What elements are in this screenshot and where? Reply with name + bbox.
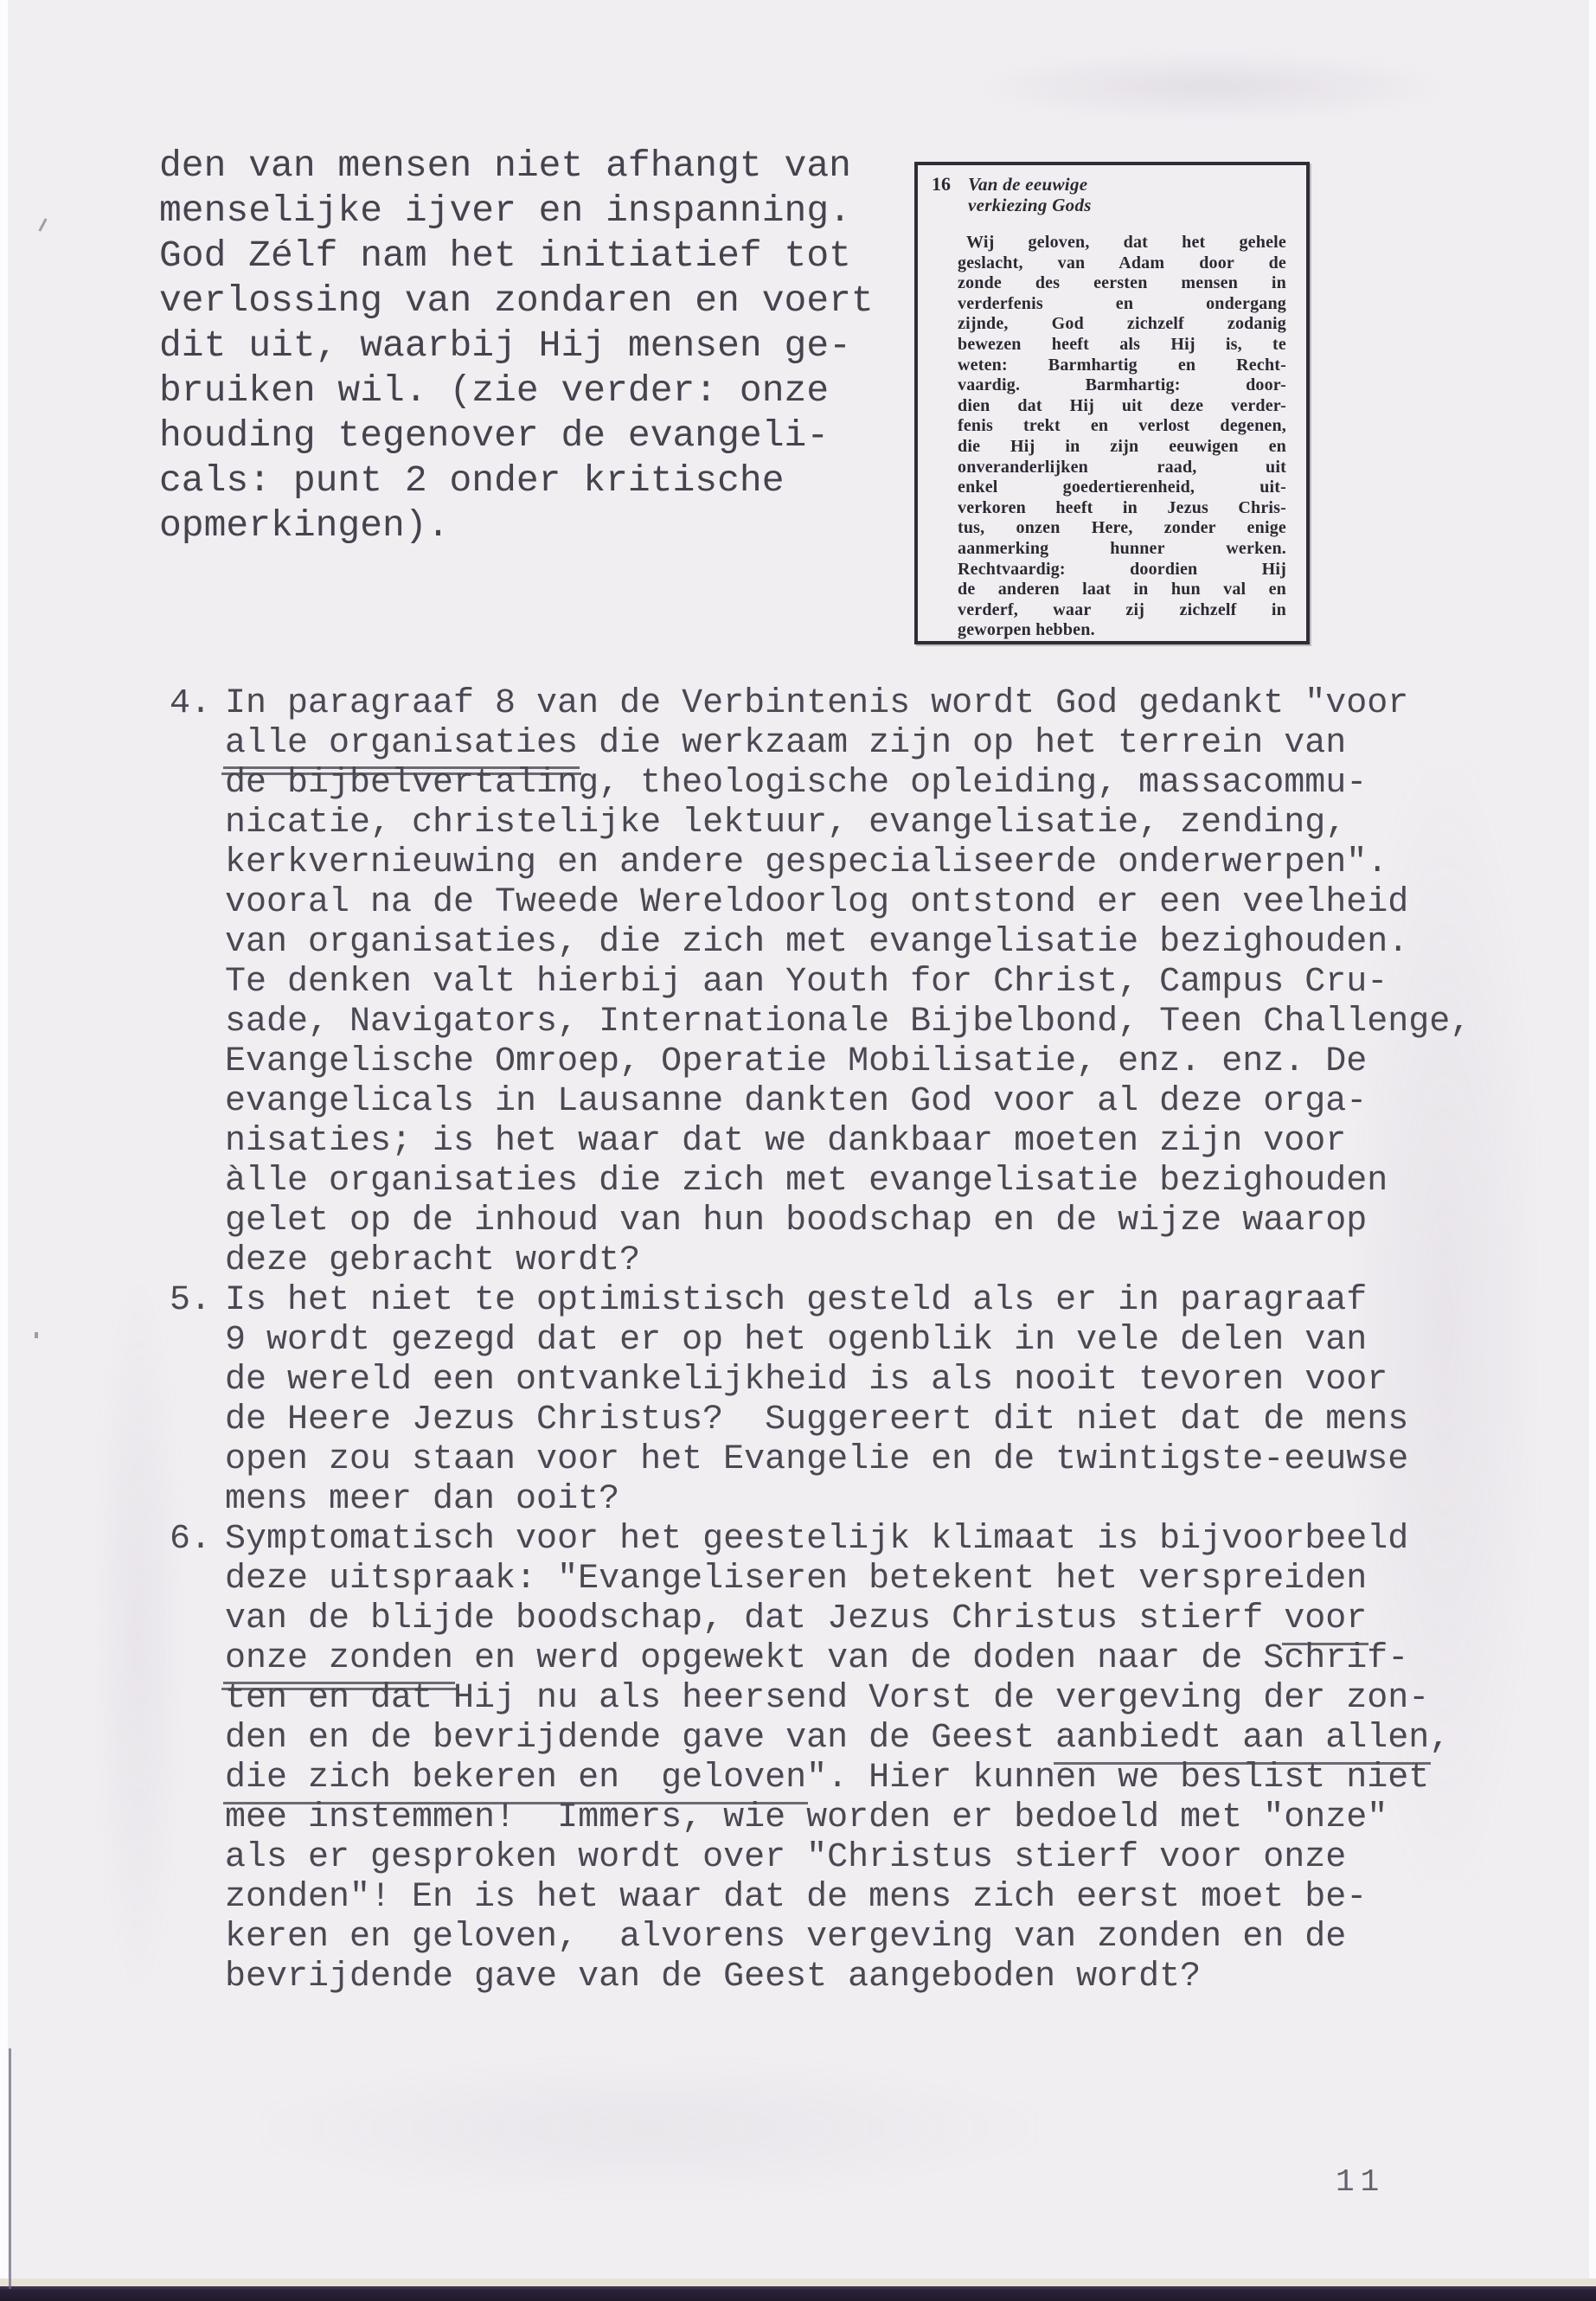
bleedthrough-smudge bbox=[260, 2059, 1038, 2197]
text-line: enkel goedertierenheid, uit- bbox=[958, 478, 1286, 498]
scan-edge-left bbox=[0, 0, 8, 2301]
scanned-document-page: den van mensen niet afhangt van menselij… bbox=[0, 0, 1596, 2301]
underlined-text: die zich bekeren en geloven bbox=[225, 1759, 806, 1798]
bleedthrough-smudge bbox=[95, 1280, 182, 1990]
text-line: evangelicals in Lausanne dankten God voo… bbox=[225, 1082, 1471, 1122]
text-line: Symptomatisch voor het geestelijk klimaa… bbox=[225, 1520, 1471, 1560]
text-line: kerkvernieuwing en andere gespecialiseer… bbox=[225, 843, 1471, 883]
text-line: Is het niet te optimistisch gesteld als … bbox=[225, 1281, 1471, 1321]
paragraph-continuation: den van mensen niet afhangt van menselij… bbox=[159, 144, 874, 548]
scan-speck bbox=[35, 1332, 38, 1338]
clipping-body: Wij geloven, dat het gehele geslacht, va… bbox=[958, 233, 1286, 641]
scan-speck bbox=[38, 218, 47, 232]
text-line: bruiken wil. (zie verder: onze bbox=[159, 369, 874, 413]
text-line: verkoren heeft in Jezus Chris- bbox=[958, 498, 1286, 519]
text-line: de bijbelvertaling, theologische opleidi… bbox=[225, 764, 1471, 804]
text-line: keren en geloven, alvorens vergeving van… bbox=[225, 1918, 1471, 1958]
text-line: verderfenis en ondergang bbox=[958, 294, 1286, 315]
text-line: fenis trekt en verlost degenen, bbox=[958, 416, 1286, 437]
text-line: van de blijde boodschap, dat Jezus Chris… bbox=[225, 1599, 1471, 1639]
text-line: deze uitspraak: "Evangeliseren betekent … bbox=[225, 1560, 1471, 1599]
underlined-text: alle organisaties bbox=[225, 724, 578, 763]
text-line: zonde des eersten mensen in bbox=[958, 273, 1286, 294]
text-line: ten en dat Hij nu als heersend Vorst de … bbox=[225, 1679, 1471, 1719]
text-line: bewezen heeft als Hij is, te bbox=[958, 335, 1286, 356]
text-segment: den en de bevrijdende gave van de Geest bbox=[225, 1719, 1055, 1758]
scan-edge-bottom-dark bbox=[0, 2286, 1596, 2301]
text-line: houding tegenover de evangeli- bbox=[159, 413, 874, 458]
text-line: geslacht, van Adam door de bbox=[958, 253, 1286, 274]
text-line: cals: punt 2 onder kritische bbox=[159, 458, 874, 503]
text-line: zonden"! En is het waar dat de mens zich… bbox=[225, 1878, 1471, 1918]
text-segment: , bbox=[1429, 1719, 1450, 1758]
text-line: Te denken valt hierbij aan Youth for Chr… bbox=[225, 963, 1471, 1003]
text-line: geworpen hebben. bbox=[958, 620, 1286, 641]
text-line: In paragraaf 8 van de Verbintenis wordt … bbox=[225, 684, 1471, 724]
text-line: tus, onzen Here, zonder enige bbox=[958, 518, 1286, 539]
text-line: aanmerking hunner werken. bbox=[958, 539, 1286, 560]
clipping-article-number: 16 bbox=[932, 174, 968, 195]
scan-edge-right bbox=[1589, 0, 1596, 2301]
list-item-4: 4. In paragraaf 8 van de Verbintenis wor… bbox=[225, 684, 1471, 1281]
text-line: nisaties; is het waar dat we dankbaar mo… bbox=[225, 1122, 1471, 1162]
underlined-text: onze zonden bbox=[225, 1639, 453, 1678]
text-line: menselijke ijver en inspanning. bbox=[159, 189, 874, 234]
catechism-clipping-box: 16 Van de eeuwige verkiezing Gods Wij ge… bbox=[914, 162, 1310, 644]
text-line: verkiezing Gods bbox=[968, 195, 1092, 215]
text-line: deze gebracht wordt? bbox=[225, 1241, 1471, 1281]
text-line: open zou staan voor het Evangelie en de … bbox=[225, 1440, 1471, 1480]
text-line: die Hij in zijn eeuwigen en bbox=[958, 437, 1286, 458]
text-line: weten: Barmhartig en Recht- bbox=[958, 356, 1286, 376]
text-line: Wij geloven, dat het gehele bbox=[958, 233, 1286, 253]
text-line: sade, Navigators, Internationale Bijbelb… bbox=[225, 1003, 1471, 1042]
underlined-text: voor bbox=[1284, 1599, 1367, 1638]
text-line: als er gesproken wordt over "Christus st… bbox=[225, 1838, 1471, 1878]
scan-edge-bottom-light bbox=[0, 2279, 1596, 2286]
text-line: gelet op de inhoud van hun boodschap en … bbox=[225, 1202, 1471, 1241]
text-line: zijnde, God zichzelf zodanig bbox=[958, 314, 1286, 335]
text-line: verderf, waar zij zichzelf in bbox=[958, 600, 1286, 621]
text-line: dit uit, waarbij Hij mensen ge- bbox=[159, 324, 874, 369]
text-line: verlossing van zondaren en voert bbox=[159, 279, 874, 324]
text-line: Van de eeuwige bbox=[968, 174, 1092, 195]
clipping-title: Van de eeuwige verkiezing Gods bbox=[968, 174, 1092, 215]
list-item-6: 6. Symptomatisch voor het geestelijk kli… bbox=[225, 1520, 1471, 1997]
bleedthrough-smudge bbox=[969, 52, 1453, 121]
text-line: dien dat Hij uit deze verder- bbox=[958, 396, 1286, 417]
text-segment: van de blijde boodschap, dat Jezus Chris… bbox=[225, 1599, 1284, 1638]
paper-crease bbox=[9, 2048, 11, 2289]
text-line: onveranderlijken raad, uit bbox=[958, 458, 1286, 478]
text-line: Rechtvaardig: doordien Hij bbox=[958, 560, 1286, 580]
item-number: 4. bbox=[170, 684, 211, 724]
list-item-5: 5. Is het niet te optimistisch gesteld a… bbox=[225, 1281, 1471, 1520]
text-line: alle organisaties die werkzaam zijn op h… bbox=[225, 724, 1471, 764]
text-line: de anderen laat in hun val en bbox=[958, 580, 1286, 600]
text-line: de wereld een ontvankelijkheid is als no… bbox=[225, 1361, 1471, 1400]
clipping-heading: 16 Van de eeuwige verkiezing Gods bbox=[932, 174, 1296, 215]
text-segment: die werkzaam zijn op het terrein van bbox=[578, 724, 1346, 763]
text-line: den en de bevrijdende gave van de Geest … bbox=[225, 1719, 1471, 1759]
underlined-text: aanbiedt aan allen bbox=[1055, 1719, 1429, 1758]
item-number: 5. bbox=[170, 1281, 211, 1321]
item-number: 6. bbox=[170, 1520, 211, 1560]
text-line: de Heere Jezus Christus? Suggereert dit … bbox=[225, 1400, 1471, 1440]
text-line: God Zélf nam het initiatief tot bbox=[159, 234, 874, 279]
text-line: 9 wordt gezegd dat er op het ogenblik in… bbox=[225, 1321, 1471, 1361]
text-line: àlle organisaties die zich met evangelis… bbox=[225, 1162, 1471, 1202]
numbered-item-list: 4. In paragraaf 8 van de Verbintenis wor… bbox=[225, 684, 1471, 1997]
text-line: bevrijdende gave van de Geest aangeboden… bbox=[225, 1958, 1471, 1997]
page-number: 11 bbox=[1336, 2164, 1385, 2200]
text-line: nicatie, christelijke lektuur, evangelis… bbox=[225, 804, 1471, 843]
text-line: mens meer dan ooit? bbox=[225, 1480, 1471, 1520]
text-line: Evangelische Omroep, Operatie Mobilisati… bbox=[225, 1042, 1471, 1082]
text-line: van organisaties, die zich met evangelis… bbox=[225, 923, 1471, 963]
text-segment: en werd opgewekt van de doden naar de Sc… bbox=[453, 1639, 1408, 1678]
text-line: vaardig. Barmhartig: door- bbox=[958, 375, 1286, 396]
text-line: vooral na de Tweede Wereldoorlog ontston… bbox=[225, 883, 1471, 923]
text-line: opmerkingen). bbox=[159, 503, 874, 548]
text-line: den van mensen niet afhangt van bbox=[159, 144, 874, 189]
